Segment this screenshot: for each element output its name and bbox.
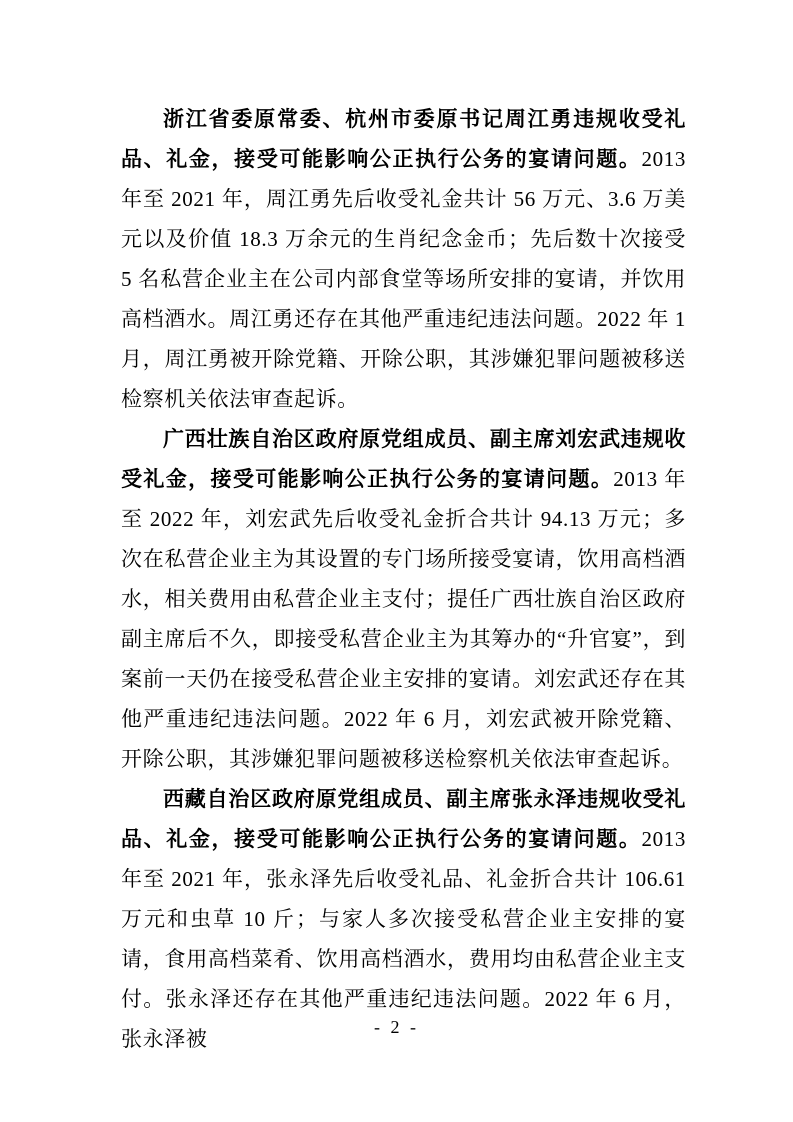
paragraph-case-liu-hongwu: 广西壮族自治区政府原党组成员、副主席刘宏武违规收受礼金，接受可能影响公正执行公务… [121, 419, 686, 779]
paragraph-body-text: 2013 年至 2021 年，周江勇先后收受礼金共计 56 万元、3.6 万美元… [121, 147, 686, 411]
paragraph-lead-sentence: 浙江省委原常委、杭州市委原书记周江勇违规收受礼品、礼金，接受可能影响公正执行公务… [121, 107, 686, 171]
paragraph-case-zhou-jiangyong: 浙江省委原常委、杭州市委原书记周江勇违规收受礼品、礼金，接受可能影响公正执行公务… [121, 99, 686, 419]
page-number: - 2 - [0, 1016, 793, 1038]
document-page: 浙江省委原常委、杭州市委原书记周江勇违规收受礼品、礼金，接受可能影响公正执行公务… [0, 0, 793, 1122]
paragraph-lead-sentence: 西藏自治区政府原党组成员、副主席张永泽违规收受礼品、礼金，接受可能影响公正执行公… [121, 787, 686, 851]
paragraph-body-text: 2013 年至 2022 年，刘宏武先后收受礼金折合共计 94.13 万元；多次… [121, 467, 686, 771]
document-body: 浙江省委原常委、杭州市委原书记周江勇违规收受礼品、礼金，接受可能影响公正执行公务… [121, 99, 686, 1059]
paragraph-lead-sentence: 广西壮族自治区政府原党组成员、副主席刘宏武违规收受礼金，接受可能影响公正执行公务… [121, 427, 686, 491]
